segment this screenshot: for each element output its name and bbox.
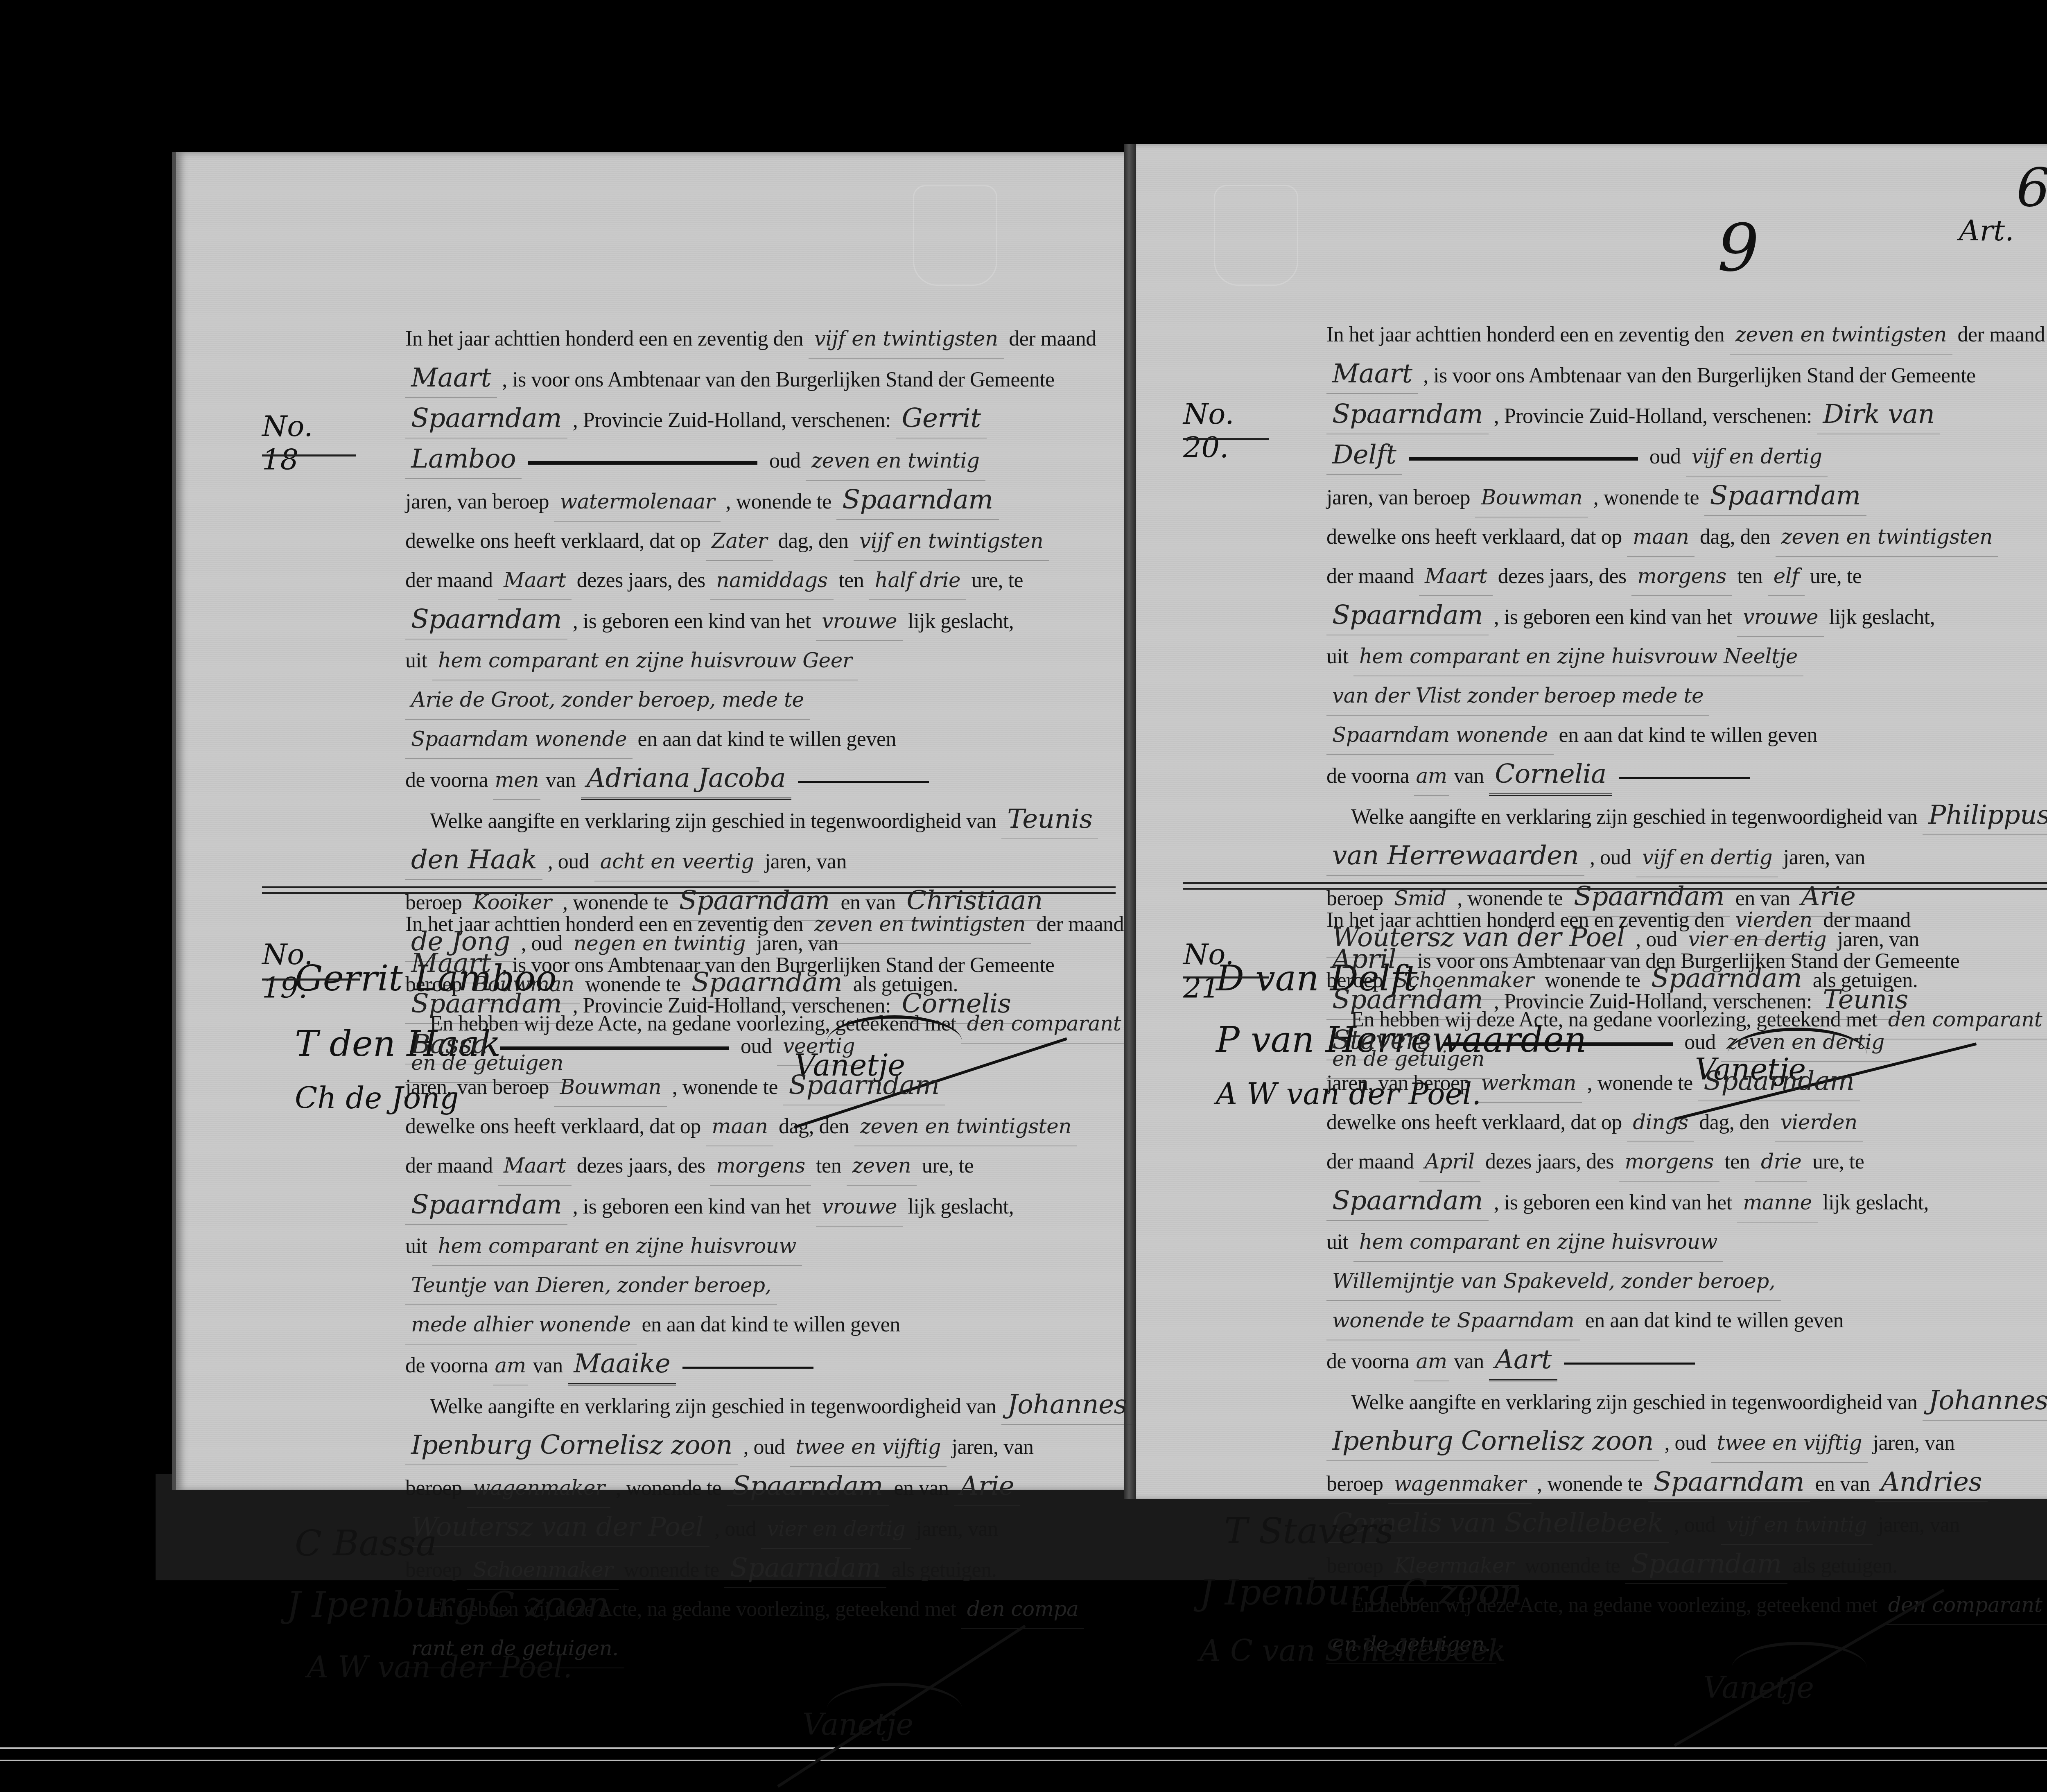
printed-form-text: ten: [811, 1154, 847, 1177]
child-name-field: Aart: [1489, 1340, 1557, 1381]
folio-annotation: Art.: [1959, 214, 2014, 247]
printed-form-text: , wonende te: [721, 490, 836, 513]
municipality-field: Spaarndam: [405, 399, 567, 438]
signed-with-1: den comparant: [1882, 1586, 2047, 1625]
witness1-occupation: wagenmaker: [467, 1469, 610, 1508]
scan-border-line: [0, 1760, 2047, 1761]
name-suffix: am: [493, 1346, 527, 1385]
printed-form-text: ure, te: [1807, 1150, 1864, 1173]
printed-form-text: de voorna: [405, 768, 493, 792]
day-field: vierden: [1730, 901, 1818, 940]
line-birthplace: Spaarndam , is geboren een kind van het …: [405, 1186, 1133, 1227]
printed-form-text: dewelke ons heeft verklaard, dat op: [405, 529, 706, 553]
parents-line-1: hem comparant en zijne huisvrouw Neeltje: [1353, 637, 1803, 676]
parents-line-3: mede alhier wonende: [405, 1305, 637, 1345]
printed-form-text: In het jaar achttien honderd een en zeve…: [1326, 908, 1730, 932]
municipality-field: Spaarndam: [1326, 395, 1489, 434]
month-field: April: [1326, 940, 1402, 979]
line-parents-2: van der Vlist zonder beroep mede te: [1326, 676, 2047, 716]
printed-form-text: , wonende te: [667, 1076, 783, 1099]
parents-line-2: Willemijntje van Spakeveld, zonder beroe…: [1326, 1262, 1781, 1301]
printed-form-text: lijk geslacht,: [1824, 606, 1935, 629]
fill-dash: [1564, 1363, 1695, 1365]
fill-dash: [500, 1046, 729, 1050]
line-time: der maand April dezes jaars, des morgens…: [1326, 1142, 2047, 1182]
printed-form-text: jaren, van: [1778, 846, 1865, 869]
printed-form-text: van: [540, 768, 581, 792]
printed-form-text: jaren, van: [947, 1435, 1034, 1459]
printed-form-text: der maand: [1326, 565, 1419, 588]
birth-place-field: Spaarndam: [1326, 1182, 1489, 1221]
printed-form-text: uit: [405, 649, 432, 672]
hour-field: zeven: [847, 1146, 917, 1186]
printed-form-text: ten: [1732, 565, 1768, 588]
birth-day-field: zeven en twintigsten: [1776, 517, 1998, 557]
printed-form-text: dewelke ons heeft verklaard, dat op: [1326, 525, 1627, 549]
printed-form-text: dewelke ons heeft verklaard, dat op: [1326, 1111, 1627, 1134]
printed-form-text: , oud: [738, 1435, 790, 1459]
printed-form-text: jaren, van beroep: [405, 490, 554, 513]
printed-form-text: uit: [405, 1234, 432, 1258]
record-number: No. 19.: [262, 938, 313, 1005]
printed-form-text: In het jaar achttien honderd een en zeve…: [1326, 323, 1730, 346]
printed-form-text: als getuigen.: [886, 1558, 996, 1582]
line-witness2: Woutersz van der Poel , oud vier en dert…: [405, 1508, 1133, 1549]
printed-form-text: de voorna: [405, 1354, 493, 1377]
parents-line-3: Spaarndam wonende: [405, 720, 633, 759]
line-parents-2: Willemijntje van Spakeveld, zonder beroe…: [1326, 1262, 2047, 1301]
line-parents-2: Arie de Groot, zonder beroep, mede te: [405, 680, 1127, 720]
witness1-age: acht en veertig: [594, 842, 760, 881]
line-municipality: Spaarndam , Provincie Zuid-Holland, vers…: [405, 399, 1127, 440]
line-parents-3: wonende te Spaarndam en aan dat kind te …: [1326, 1301, 2047, 1340]
signature-1: C Bassa: [295, 1523, 437, 1564]
time-of-day-field: morgens: [710, 1146, 811, 1186]
printed-form-text: jaren, van beroep: [1326, 486, 1475, 509]
birth-day-field: vijf en twintigsten: [854, 522, 1049, 561]
printed-form-text: wonende te: [619, 1558, 724, 1582]
hour-field: half drie: [869, 561, 966, 600]
line-date: In het jaar achttien honderd een en zeve…: [405, 319, 1127, 359]
witness2-age: vijf en twintig: [1721, 1505, 1873, 1545]
weekday-field: dings: [1627, 1103, 1694, 1142]
printed-form-text: In het jaar achttien honderd een en zeve…: [405, 913, 809, 936]
record-number-underline: [262, 978, 360, 981]
parents-line-2: van der Vlist zonder beroep mede te: [1326, 676, 1709, 716]
time-of-day-field: namiddags: [710, 561, 833, 600]
sex-field: vrouwe: [816, 1187, 903, 1227]
name-suffix: men: [493, 761, 540, 800]
record-body: In het jaar achttien honderd een en zeve…: [405, 905, 1133, 1668]
witness1-last-name: Ipenburg Cornelisz zoon: [405, 1426, 738, 1465]
printed-form-text: lijk geslacht,: [903, 610, 1014, 633]
witness1-first-name: Johannes: [1923, 1381, 2047, 1421]
witness2-residence: Spaarndam: [724, 1549, 886, 1588]
record-body: In het jaar achttien honderd een en zeve…: [1326, 901, 2047, 1664]
printed-form-text: dezes jaars, des: [572, 1154, 710, 1177]
printed-form-text: en aan dat kind te willen geven: [1554, 723, 1817, 747]
printed-form-text: jaren, van: [1868, 1431, 1955, 1455]
witness1-last-name: Ipenburg Cornelisz zoon: [1326, 1422, 1659, 1461]
printed-form-text: Welke aangifte en verklaring zijn geschi…: [1351, 805, 1923, 829]
line-month: Maart , is voor ons Ambtenaar van den Bu…: [405, 359, 1127, 399]
printed-form-text: der maand: [405, 569, 498, 592]
line-child-name: de voorna men van Adriana Jacoba: [405, 759, 1127, 800]
parents-line-1: hem comparant en zijne huisvrouw Geer: [432, 641, 858, 680]
line-witness-intro: Welke aangifte en verklaring zijn geschi…: [1326, 796, 2047, 836]
declarant-first-name: Dirk van: [1817, 395, 1940, 434]
line-date: In het jaar achttien honderd een en zeve…: [405, 905, 1133, 944]
fill-dash: [528, 461, 757, 465]
printed-form-text: , Provincie Zuid-Holland, verschenen:: [1489, 990, 1817, 1013]
line-birthplace: Spaarndam , is geboren een kind van het …: [405, 600, 1127, 641]
record-number: No. 21: [1183, 938, 1234, 1005]
witness2-first-name: Arie: [954, 1467, 1020, 1506]
printed-form-text: oud: [1679, 1030, 1721, 1054]
month-field: Maart: [405, 359, 497, 398]
printed-form-text: , Provincie Zuid-Holland, verschenen:: [1489, 404, 1817, 428]
printed-form-text: der maand: [1326, 1150, 1419, 1173]
printed-form-text: en aan dat kind te willen geven: [633, 728, 896, 751]
line-weekday: dewelke ons heeft verklaard, dat op maan…: [405, 1107, 1133, 1146]
record-number-underline: [262, 454, 356, 456]
printed-form-text: der maand: [1818, 908, 1911, 932]
printed-form-text: van: [528, 1354, 568, 1377]
printed-form-text: de voorna: [1326, 1350, 1414, 1373]
line-municipality: Spaarndam , Provincie Zuid-Holland, vers…: [1326, 981, 2047, 1021]
fill-dash: [1619, 777, 1750, 779]
printed-form-text: van: [1449, 764, 1489, 788]
printed-form-text: de voorna: [1326, 764, 1414, 788]
witness1-occupation: wagenmaker: [1388, 1464, 1532, 1504]
line-declarant: Lamboo oud zeven en twintig: [405, 440, 1127, 481]
signature-3: A W van der Poel.: [307, 1650, 572, 1684]
printed-form-text: dag, den: [1694, 1111, 1775, 1134]
line-month: Maart , is voor ons Ambtenaar van den Bu…: [405, 944, 1133, 985]
line-month: Maart , is voor ons Ambtenaar van den Bu…: [1326, 355, 2047, 395]
record-number: No. 20.: [1183, 397, 1234, 464]
printed-form-text: dezes jaars, des: [572, 569, 710, 592]
weekday-field: maan: [706, 1107, 773, 1146]
day-field: zeven en twintigsten: [1730, 315, 1952, 355]
embossed-seal-icon: [1214, 185, 1298, 286]
declarant-first-name: Cornelis: [896, 985, 1017, 1024]
line-witness2: Cornelis van Schellebeek , oud vijf en t…: [1326, 1504, 2047, 1545]
line-child-name: de voorna am van Cornelia: [1326, 755, 2047, 796]
name-suffix: am: [1414, 1342, 1448, 1381]
signature-flourish-arc: [1732, 1642, 1867, 1694]
printed-form-text: van: [1449, 1350, 1489, 1373]
fill-dash: [1409, 457, 1638, 461]
printed-form-text: ten: [1719, 1150, 1755, 1173]
printed-form-text: , wonende te: [1588, 486, 1704, 509]
printed-form-text: , is geboren een kind van het: [1489, 606, 1737, 629]
line-witness1: van Herrewaarden , oud vijf en dertig ja…: [1326, 836, 2047, 877]
line-parents-3: Spaarndam wonende en aan dat kind te wil…: [1326, 716, 2047, 755]
witness1-last-name: den Haak: [405, 841, 542, 880]
witness1-first-name: Johannes: [1001, 1385, 1133, 1425]
sex-field: vrouwe: [1737, 598, 1824, 637]
time-of-day-field: morgens: [1631, 557, 1732, 596]
witness1-first-name: Teunis: [1001, 800, 1098, 839]
printed-form-text: , oud: [542, 850, 594, 873]
printed-form-text: beroep: [405, 1476, 467, 1500]
line-time: der maand Maart dezes jaars, des namidda…: [405, 561, 1127, 600]
witness2-occupation: Schoenmaker: [467, 1550, 619, 1590]
printed-form-text: lijk geslacht,: [1818, 1191, 1929, 1214]
embossed-seal-icon: [913, 185, 997, 286]
witness1-last-name: van Herrewaarden: [1326, 836, 1584, 876]
line-occupation: jaren, van beroep watermolenaar , wonend…: [405, 481, 1127, 522]
printed-form-text: jaren, van beroep: [1326, 1071, 1475, 1095]
line-declarant: Stavers oud zeven en dertig: [1326, 1021, 2047, 1062]
printed-form-text: oud: [1645, 445, 1686, 468]
printed-form-text: , wonende te: [1532, 1472, 1647, 1496]
printed-form-text: , is voor ons Ambtenaar van den Burgerli…: [1418, 364, 1976, 387]
printed-form-text: der maand: [1952, 323, 2045, 346]
printed-form-text: ure, te: [1805, 565, 1862, 588]
declarant-residence: Spaarndam: [1704, 477, 1866, 516]
printed-form-text: , oud: [1659, 1431, 1711, 1455]
name-suffix: am: [1414, 757, 1448, 796]
declarant-last-name: Delft: [1326, 436, 1402, 475]
child-name-field: Cornelia: [1489, 755, 1612, 796]
line-weekday: dewelke ons heeft verklaard, dat op maan…: [1326, 517, 2047, 557]
line-time: der maand Maart dezes jaars, des morgens…: [405, 1146, 1133, 1186]
witness1-residence: Spaarndam: [1648, 1463, 1810, 1502]
printed-form-text: oud: [764, 449, 806, 472]
printed-form-text: beroep: [1326, 1472, 1388, 1496]
birth-day-field: zeven en twintigsten: [854, 1107, 1077, 1146]
printed-form-text: , is voor ons Ambtenaar van den Burgerli…: [497, 954, 1055, 977]
printed-form-text: jaren, van: [1873, 1513, 1960, 1537]
witness1-age: twee en vijftig: [1711, 1424, 1868, 1463]
witness1-first-name: Philippus: [1923, 796, 2047, 835]
parents-line-2: Arie de Groot, zonder beroep, mede te: [405, 680, 810, 720]
signed-with-1: den compa: [961, 1590, 1085, 1629]
birth-place-field: Spaarndam: [1326, 596, 1489, 635]
hour-field: elf: [1768, 557, 1805, 596]
record-number-underline: [1183, 438, 1269, 440]
declarant-residence: Spaarndam: [1698, 1062, 1860, 1101]
printed-form-text: , oud: [1669, 1513, 1721, 1537]
printed-form-text: der maand: [405, 1154, 498, 1177]
line-parents-3: mede alhier wonende en aan dat kind te w…: [405, 1305, 1133, 1345]
municipality-field: Spaarndam: [405, 985, 567, 1024]
line-weekday: dewelke ons heeft verklaard, dat op ding…: [1326, 1103, 2047, 1142]
line-witness2-occupation: beroep Schoenmaker wonende te Spaarndam …: [405, 1549, 1133, 1590]
printed-form-text: dezes jaars, des: [1480, 1150, 1619, 1173]
child-name-field: Maaike: [568, 1345, 676, 1385]
witness2-age: vier en dertig: [761, 1510, 911, 1549]
folio-number: 6: [2016, 156, 2047, 219]
printed-form-text: uit: [1326, 645, 1353, 668]
line-parents-1: uit hem comparant en zijne huisvrouw: [1326, 1223, 2047, 1262]
weekday-field: maan: [1627, 517, 1695, 557]
printed-form-text: der maand: [1004, 327, 1096, 350]
parents-line-1: hem comparant en zijne huisvrouw: [432, 1227, 802, 1266]
line-witness1-occupation: beroep wagenmaker , wonende te Spaarndam…: [1326, 1463, 2047, 1504]
declarant-last-name: Lamboo: [405, 440, 522, 479]
printed-form-text: , Provincie Zuid-Holland, verschenen:: [567, 409, 896, 432]
birth-month-field: Maart: [498, 1146, 572, 1186]
printed-form-text: en van: [889, 1476, 954, 1500]
witness1-residence: Spaarndam: [727, 1467, 889, 1506]
declarant-occupation: Bouwman: [554, 1068, 667, 1107]
declarant-occupation: werkman: [1475, 1064, 1582, 1103]
sex-field: manne: [1737, 1183, 1818, 1223]
declarant-last-name: Stavers: [1326, 1021, 1437, 1060]
record-number-underline: [1183, 976, 1269, 978]
witness2-last-name: Woutersz van der Poel: [405, 1508, 709, 1547]
printed-form-text: , oud: [709, 1517, 761, 1541]
witness1-age: twee en vijftig: [790, 1428, 947, 1467]
declarant-first-name: Teunis: [1817, 981, 1914, 1020]
printed-form-text: , is geboren een kind van het: [1489, 1191, 1737, 1214]
month-field: Maart: [405, 944, 497, 983]
printed-form-text: en aan dat kind te willen geven: [637, 1313, 900, 1336]
declarant-occupation: watermolenaar: [554, 482, 721, 522]
printed-form-text: oud: [736, 1035, 777, 1058]
record-number: No. 18: [262, 409, 313, 477]
line-witness1-occupation: beroep wagenmaker , wonende te Spaarndam…: [405, 1467, 1133, 1508]
declarant-age: zeven en dertig: [1721, 1023, 1890, 1062]
parents-line-1: hem comparant en zijne huisvrouw: [1353, 1223, 1723, 1262]
line-witness-intro: Welke aangifte en verklaring zijn geschi…: [405, 1385, 1133, 1426]
line-witness-intro: Welke aangifte en verklaring zijn geschi…: [405, 800, 1127, 841]
witness2-residence: Spaarndam: [1625, 1545, 1787, 1584]
printed-form-text: uit: [1326, 1230, 1353, 1254]
page-number-mark: 9: [1717, 210, 1759, 286]
printed-form-text: jaren, van: [911, 1517, 998, 1541]
line-parents-1: uit hem comparant en zijne huisvrouw: [405, 1227, 1133, 1266]
line-witness-intro: Welke aangifte en verklaring zijn geschi…: [1326, 1381, 2047, 1422]
line-occupation: jaren, van beroep Bouwman , wonende te S…: [405, 1066, 1133, 1107]
day-field: vijf en twintigsten: [809, 319, 1004, 359]
line-parents-3: Spaarndam wonende en aan dat kind te wil…: [405, 720, 1127, 759]
line-birthplace: Spaarndam , is geboren een kind van het …: [1326, 596, 2047, 637]
printed-form-text: der maand: [1031, 913, 1124, 936]
declarant-occupation: Bouwman: [1475, 478, 1588, 517]
printed-form-text: en aan dat kind te willen geven: [1580, 1309, 1844, 1332]
printed-form-text: , wonende te: [1582, 1071, 1698, 1095]
hour-field: drie: [1755, 1142, 1808, 1182]
line-weekday: dewelke ons heeft verklaard, dat op Zate…: [405, 522, 1127, 561]
declarant-first-name: Gerrit: [896, 399, 986, 438]
birth-month-field: Maart: [498, 561, 572, 600]
fill-dash: [1444, 1042, 1673, 1046]
parents-line-2: Teuntje van Dieren, zonder beroep,: [405, 1266, 777, 1305]
signature-2: J Ipenburg C zoon: [1200, 1572, 1522, 1613]
line-child-name: de voorna am van Aart: [1326, 1340, 2047, 1381]
printed-form-text: en van: [1810, 1472, 1875, 1496]
line-occupation: jaren, van beroep Bouwman , wonende te S…: [1326, 477, 2047, 517]
signature-3: A C van Schellebeek: [1200, 1634, 1506, 1668]
printed-form-text: , is voor ons Ambtenaar van den Burgerli…: [1402, 949, 1959, 973]
line-child-name: de voorna am van Maaike: [405, 1345, 1133, 1385]
line-municipality: Spaarndam , Provincie Zuid-Holland, vers…: [405, 985, 1133, 1025]
witness2-first-name: Andries: [1875, 1463, 1988, 1502]
printed-form-text: jaren, van: [759, 850, 847, 873]
printed-form-text: , Provincie Zuid-Holland, verschenen:: [567, 994, 896, 1017]
sex-field: vrouwe: [816, 602, 903, 641]
line-municipality: Spaarndam , Provincie Zuid-Holland, vers…: [1326, 395, 2047, 436]
line-parents-1: uit hem comparant en zijne huisvrouw Gee…: [405, 641, 1127, 680]
birth-place-field: Spaarndam: [405, 1186, 567, 1225]
printed-form-text: als getuigen.: [1787, 1554, 1898, 1577]
line-parents-2: Teuntje van Dieren, zonder beroep,: [405, 1266, 1133, 1305]
municipality-field: Spaarndam: [1326, 981, 1489, 1020]
line-birthplace: Spaarndam , is geboren een kind van het …: [1326, 1182, 2047, 1223]
line-witness1: den Haak , oud acht en veertig jaren, va…: [405, 841, 1127, 881]
day-field: zeven en twintigsten: [809, 905, 1031, 944]
printed-form-text: wonende te: [1519, 1554, 1625, 1577]
line-date: In het jaar achttien honderd een en zeve…: [1326, 315, 2047, 355]
weekday-field: Zater: [706, 522, 773, 561]
declarant-residence: Spaarndam: [783, 1066, 945, 1105]
child-name-field: Adriana Jacoba: [581, 759, 791, 800]
printed-form-text: dezes jaars, des: [1493, 565, 1631, 588]
printed-form-text: Welke aangifte en verklaring zijn geschi…: [430, 1395, 1001, 1418]
printed-form-text: ure, te: [966, 569, 1023, 592]
printed-form-text: dag, den: [773, 1115, 854, 1138]
time-of-day-field: morgens: [1619, 1142, 1719, 1182]
line-month: April , is voor ons Ambtenaar van den Bu…: [1326, 940, 2047, 981]
printed-form-text: , is geboren een kind van het: [567, 1195, 816, 1218]
birth-day-field: vierden: [1775, 1103, 1863, 1142]
printed-form-text: , is voor ons Ambtenaar van den Burgerli…: [497, 368, 1055, 391]
line-date: In het jaar achttien honderd een en zeve…: [1326, 901, 2047, 940]
signature-2: J Ipenburg C zoon: [287, 1584, 609, 1625]
month-field: Maart: [1326, 355, 1418, 394]
scan-border-line: [0, 1747, 2047, 1749]
printed-form-text: Welke aangifte en verklaring zijn geschi…: [430, 809, 1001, 833]
printed-form-text: dag, den: [1695, 525, 1775, 549]
declarant-age: zeven en twintig: [806, 441, 985, 481]
printed-form-text: , oud: [1584, 846, 1636, 869]
line-parents-1: uit hem comparant en zijne huisvrouw Nee…: [1326, 637, 2047, 676]
birth-month-field: April: [1419, 1142, 1480, 1182]
printed-form-text: ure, te: [917, 1154, 974, 1177]
line-occupation: jaren, van beroep werkman , wonende te S…: [1326, 1062, 2047, 1103]
declarant-last-name: Bassa: [405, 1025, 493, 1064]
declarant-age: veertig: [777, 1027, 861, 1066]
line-time: der maand Maart dezes jaars, des morgens…: [1326, 557, 2047, 596]
printed-form-text: dewelke ons heeft verklaard, dat op: [405, 1115, 706, 1138]
line-declarant: Delft oud vijf en dertig: [1326, 436, 2047, 477]
fill-dash: [682, 1367, 813, 1369]
declarant-residence: Spaarndam: [836, 481, 999, 520]
printed-form-text: lijk geslacht,: [903, 1195, 1014, 1218]
birth-month-field: Maart: [1419, 557, 1493, 596]
printed-form-text: ten: [834, 569, 869, 592]
printed-form-text: , is geboren een kind van het: [567, 610, 816, 633]
fill-dash: [798, 781, 929, 783]
printed-form-text: jaren, van beroep: [405, 1076, 554, 1099]
printed-form-text: Welke aangifte en verklaring zijn geschi…: [1351, 1391, 1923, 1414]
printed-form-text: dag, den: [773, 529, 854, 553]
witness1-age: vijf en dertig: [1636, 838, 1778, 877]
parents-line-3: Spaarndam wonende: [1326, 716, 1554, 755]
line-witness1: Ipenburg Cornelisz zoon , oud twee en vi…: [405, 1426, 1133, 1467]
signature-1: T Stavers: [1224, 1511, 1394, 1552]
line-witness1: Ipenburg Cornelisz zoon , oud twee en vi…: [1326, 1422, 2047, 1463]
declarant-age: vijf en dertig: [1686, 437, 1828, 477]
line-declarant: Bassa oud veertig: [405, 1025, 1133, 1066]
printed-form-text: , wonende te: [610, 1476, 726, 1500]
birth-place-field: Spaarndam: [405, 600, 567, 640]
parents-line-3: wonende te Spaarndam: [1326, 1301, 1580, 1340]
